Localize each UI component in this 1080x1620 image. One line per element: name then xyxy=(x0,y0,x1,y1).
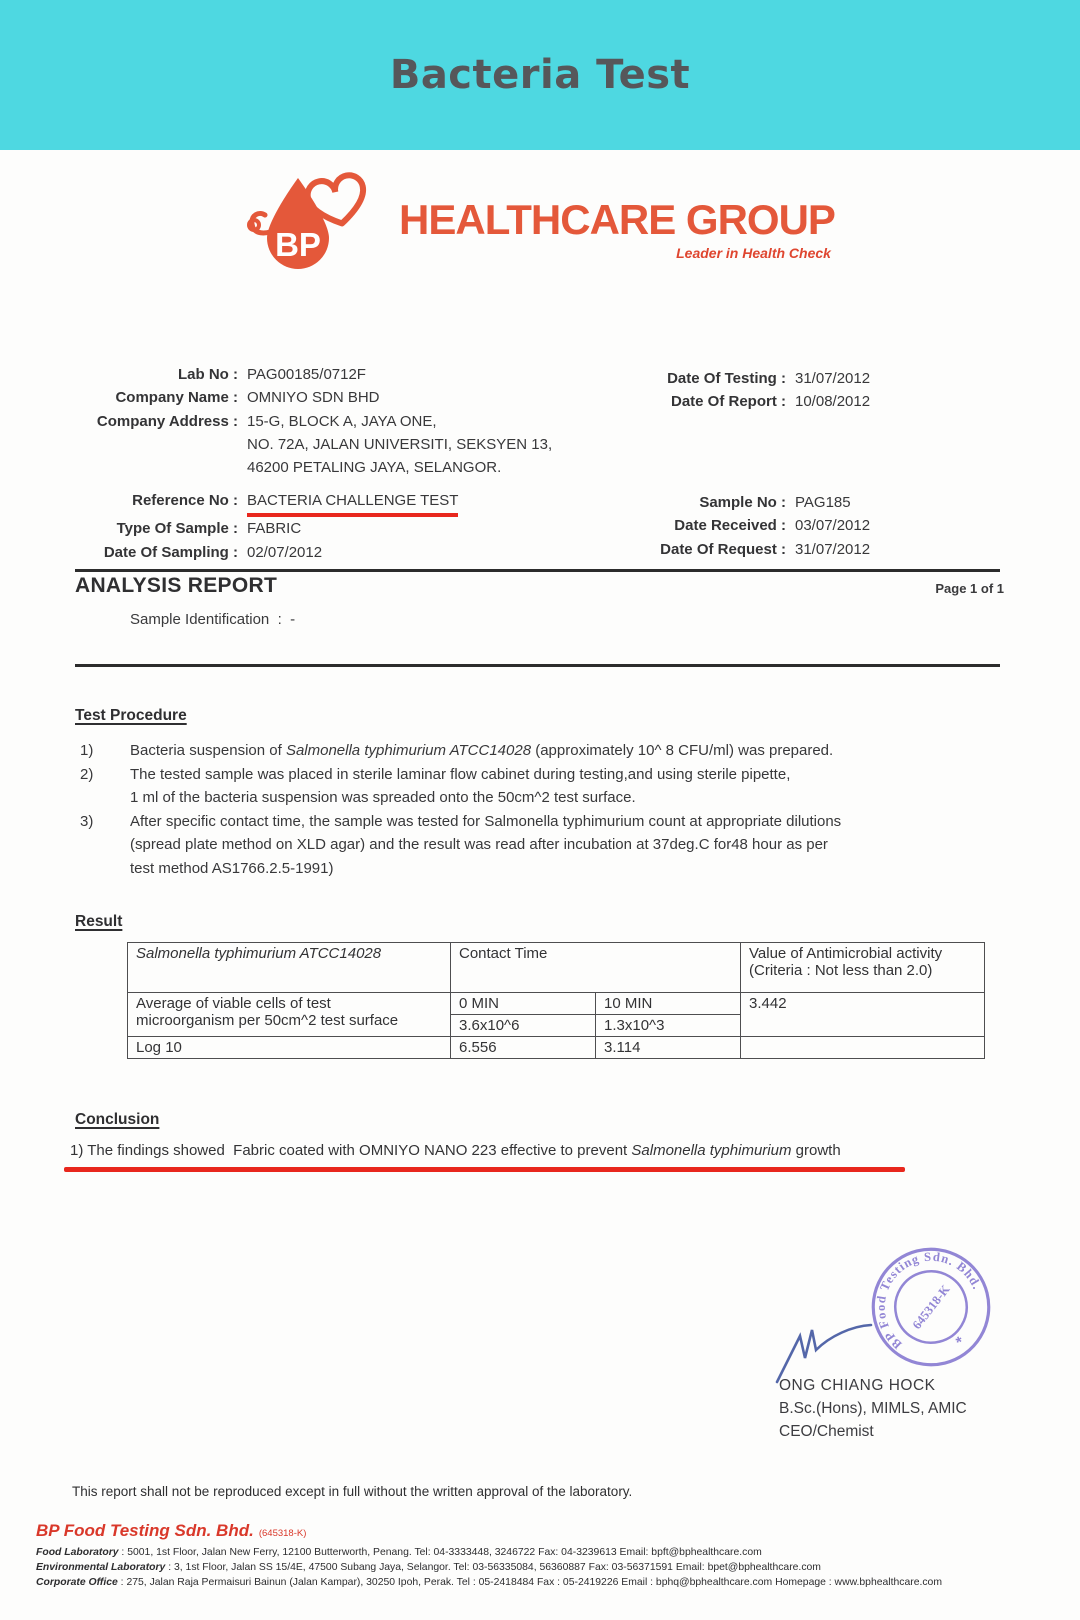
contact-time-header-cell: Contact Time xyxy=(451,943,741,993)
report-page: Bacteria Test BP HEALTHCARE GROUP Leader… xyxy=(0,0,1080,1620)
red-highlight-underline xyxy=(64,1167,905,1172)
test-procedure-heading: Test Procedure xyxy=(75,707,187,725)
field-value: 03/07/2012 xyxy=(795,514,870,537)
signatory-qualification: B.Sc.(Hons), MIMLS, AMIC xyxy=(779,1397,967,1420)
footer-line-label: Corporate Office xyxy=(36,1577,118,1588)
page-title: Bacteria Test xyxy=(390,52,690,98)
field-label: Date Of Report : xyxy=(595,390,795,413)
field-value: 15-G, BLOCK A, JAYA ONE, NO. 72A, JALAN … xyxy=(247,410,552,480)
result-heading: Result xyxy=(75,913,122,931)
table-row: Log 10 6.556 3.114 xyxy=(128,1037,985,1059)
procedure-item-3: 3) After specific contact time, the samp… xyxy=(80,810,1010,881)
footer-registration-number: (645318-K) xyxy=(259,1528,307,1539)
item-number: 2) xyxy=(80,763,130,810)
text-line: 1 ml of the bacteria suspension was spre… xyxy=(130,786,1010,810)
text-segment: (approximately 10^ 8 CFU/ml) was prepare… xyxy=(531,742,833,759)
field-label: Lab No : xyxy=(75,363,247,386)
sample-info-right: Sample No : PAG185 Date Received : 03/07… xyxy=(595,491,870,561)
analysis-report-title: ANALYSIS REPORT xyxy=(75,574,277,598)
field-date-received: Date Received : 03/07/2012 xyxy=(595,514,870,537)
divider xyxy=(75,664,1000,667)
report-disclaimer: This report shall not be reproduced exce… xyxy=(72,1484,632,1499)
address-line-1: 15-G, BLOCK A, JAYA ONE, xyxy=(247,410,552,433)
footer-address-lines: Food Laboratory : 5001, 1st Floor, Jalan… xyxy=(36,1545,1056,1590)
field-value: 31/07/2012 xyxy=(795,538,870,561)
log-label-cell: Log 10 xyxy=(128,1037,451,1059)
bp-drop-heart-icon: BP xyxy=(245,166,395,274)
signatory-block: ONG CHIANG HOCK B.Sc.(Hons), MIMLS, AMIC… xyxy=(779,1374,967,1443)
field-label: Date Of Sampling : xyxy=(75,541,247,564)
field-date-of-report: Date Of Report : 10/08/2012 xyxy=(595,390,870,413)
empty-cell xyxy=(741,1037,985,1059)
field-value: PAG185 xyxy=(795,491,851,514)
organism-name-italic: Salmonella typhimurium xyxy=(631,1142,791,1159)
t0-label-cell: 0 MIN xyxy=(451,993,596,1015)
footer-line-label: Food Laboratory xyxy=(36,1547,119,1558)
footer-line-environmental-lab: Environmental Laboratory : 3, 1st Floor,… xyxy=(36,1560,1056,1575)
footer-company-line: BP Food Testing Sdn. Bhd.(645318-K) xyxy=(36,1521,1056,1541)
field-value: 10/08/2012 xyxy=(795,390,870,413)
field-value: OMNIYO SDN BHD xyxy=(247,386,380,409)
text-segment: growth xyxy=(791,1142,840,1159)
field-value: 02/07/2012 xyxy=(247,541,322,564)
field-lab-no: Lab No : PAG00185/0712F xyxy=(75,363,552,386)
t0-value-cell: 3.6x10^6 xyxy=(451,1015,596,1037)
label-line: Average of viable cells of test xyxy=(136,995,442,1012)
field-label: Date Of Request : xyxy=(595,538,795,561)
footer-company-name: BP Food Testing Sdn. Bhd. xyxy=(36,1521,254,1540)
table-header-row: Salmonella typhimurium ATCC14028 Contact… xyxy=(128,943,985,993)
divider xyxy=(75,569,1000,572)
footer-line-text: : 5001, 1st Floor, Jalan New Ferry, 1210… xyxy=(119,1547,762,1558)
log-t0-cell: 6.556 xyxy=(451,1037,596,1059)
field-value-red-underlined: BACTERIA CHALLENGE TEST xyxy=(247,489,458,517)
organism-header-cell: Salmonella typhimurium ATCC14028 xyxy=(128,943,451,993)
conclusion-heading: Conclusion xyxy=(75,1111,159,1129)
stamp-star: * xyxy=(954,1334,965,1352)
field-label: Company Name : xyxy=(75,386,247,409)
logo-bp-letters: BP xyxy=(275,226,321,263)
result-table: Salmonella typhimurium ATCC14028 Contact… xyxy=(127,942,985,1059)
address-line-3: 46200 PETALING JAYA, SELANGOR. xyxy=(247,456,552,479)
field-type-of-sample: Type Of Sample : FABRIC xyxy=(75,517,458,540)
footer-line-text: : 3, 1st Floor, Jalan SS 15/4E, 47500 Su… xyxy=(165,1562,821,1573)
text-line: test method AS1766.2.5-1991) xyxy=(130,857,1010,881)
label-line: microorganism per 50cm^2 test surface xyxy=(136,1012,442,1029)
field-date-of-request: Date Of Request : 31/07/2012 xyxy=(595,538,870,561)
procedure-item-2: 2) The tested sample was placed in steri… xyxy=(80,763,1010,810)
organism-name-italic: Salmonella typhimurium ATCC14028 xyxy=(286,742,531,759)
header-line: (Criteria : Not less than 2.0) xyxy=(749,962,976,979)
avg-cells-label-cell: Average of viable cells of test microorg… xyxy=(128,993,451,1037)
sample-identification: Sample Identification : - xyxy=(130,611,295,628)
stamp-registration-number: 645318-K xyxy=(910,1282,953,1332)
item-text: Bacteria suspension of Salmonella typhim… xyxy=(130,739,1010,763)
lab-info-right: Date Of Testing : 31/07/2012 Date Of Rep… xyxy=(595,367,870,414)
item-text: The tested sample was placed in sterile … xyxy=(130,763,1010,810)
field-label: Date Received : xyxy=(595,514,795,537)
field-sample-no: Sample No : PAG185 xyxy=(595,491,870,514)
text-segment: Bacteria suspension of xyxy=(130,742,286,759)
sample-info-left: Reference No : BACTERIA CHALLENGE TEST T… xyxy=(75,489,458,564)
antimicrobial-header-cell: Value of Antimicrobial activity (Criteri… xyxy=(741,943,985,993)
text-line: After specific contact time, the sample … xyxy=(130,810,1010,834)
item-number: 3) xyxy=(80,810,130,881)
signatory-title: CEO/Chemist xyxy=(779,1420,967,1443)
letterhead-footer: BP Food Testing Sdn. Bhd.(645318-K) Food… xyxy=(36,1521,1056,1590)
page-number: Page 1 of 1 xyxy=(935,581,1004,596)
company-logo: BP HEALTHCARE GROUP Leader in Health Che… xyxy=(0,166,1080,274)
conclusion-text: 1) The findings showed Fabric coated wit… xyxy=(70,1142,841,1159)
field-label: Sample No : xyxy=(595,491,795,514)
footer-line-label: Environmental Laboratory xyxy=(36,1562,165,1573)
log-t10-cell: 3.114 xyxy=(596,1037,741,1059)
t10-label-cell: 10 MIN xyxy=(596,993,741,1015)
text-line: (spread plate method on XLD agar) and th… xyxy=(130,833,1010,857)
field-label: Reference No : xyxy=(75,489,247,517)
field-date-of-testing: Date Of Testing : 31/07/2012 xyxy=(595,367,870,390)
text-line: The tested sample was placed in sterile … xyxy=(130,763,1010,787)
signatory-name: ONG CHIANG HOCK xyxy=(779,1374,967,1397)
field-value: PAG00185/0712F xyxy=(247,363,366,386)
field-date-of-sampling: Date Of Sampling : 02/07/2012 xyxy=(75,541,458,564)
footer-line-food-lab: Food Laboratory : 5001, 1st Floor, Jalan… xyxy=(36,1545,1056,1560)
field-label: Type Of Sample : xyxy=(75,517,247,540)
test-procedure-list: 1) Bacteria suspension of Salmonella typ… xyxy=(80,739,1010,881)
field-label: Date Of Testing : xyxy=(595,367,795,390)
antimicrobial-value-cell: 3.442 xyxy=(741,993,985,1037)
field-company-address: Company Address : 15-G, BLOCK A, JAYA ON… xyxy=(75,410,552,480)
field-label: Company Address : xyxy=(75,410,247,480)
footer-line-text: : 275, Jalan Raja Permaisuri Bainun (Jal… xyxy=(118,1577,942,1588)
t10-value-cell: 1.3x10^3 xyxy=(596,1015,741,1037)
item-text: After specific contact time, the sample … xyxy=(130,810,1010,881)
field-value: 31/07/2012 xyxy=(795,367,870,390)
logo-company-name: HEALTHCARE GROUP xyxy=(399,196,835,244)
table-row: Average of viable cells of test microorg… xyxy=(128,993,985,1015)
item-number: 1) xyxy=(80,739,130,763)
address-line-2: NO. 72A, JALAN UNIVERSITI, SEKSYEN 13, xyxy=(247,433,552,456)
app-header: Bacteria Test xyxy=(0,0,1080,150)
field-company-name: Company Name : OMNIYO SDN BHD xyxy=(75,386,552,409)
field-value: FABRIC xyxy=(247,517,301,540)
lab-info-left: Lab No : PAG00185/0712F Company Name : O… xyxy=(75,363,552,479)
field-reference-no: Reference No : BACTERIA CHALLENGE TEST xyxy=(75,489,458,517)
footer-line-corporate-office: Corporate Office : 275, Jalan Raja Perma… xyxy=(36,1575,1056,1590)
text-segment: 1) The findings showed Fabric coated wit… xyxy=(70,1142,631,1159)
procedure-item-1: 1) Bacteria suspension of Salmonella typ… xyxy=(80,739,1010,763)
logo-tagline: Leader in Health Check xyxy=(399,245,835,261)
header-line: Value of Antimicrobial activity xyxy=(749,945,976,962)
